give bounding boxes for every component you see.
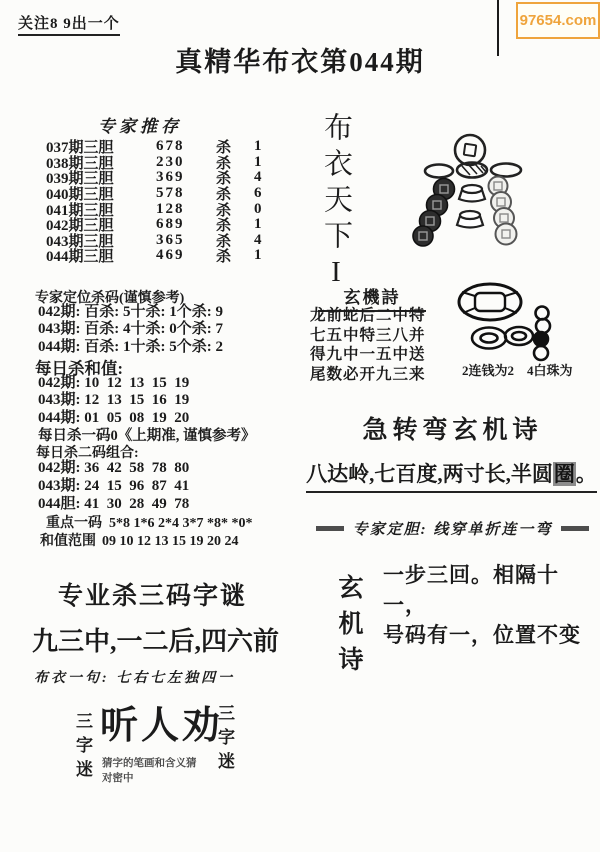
three-char-note-line: 猜字的笔画和含义猜	[102, 756, 197, 771]
row-kill-label: 杀	[216, 245, 254, 266]
row-value: 128	[156, 201, 216, 218]
row-value: 365	[156, 232, 216, 249]
site-watermark-link[interactable]: 97654.com	[516, 2, 600, 39]
row-kill-number: 4	[254, 169, 274, 186]
buyi-tianxia-title: 布衣天下I	[316, 112, 357, 295]
daily-two-row: 043期: 24 15 96 87 41	[38, 477, 189, 495]
row-value: 578	[156, 185, 216, 202]
riddle-text: 八达岭,七百度,两寸长,半圆	[306, 462, 553, 486]
row-value: 689	[156, 216, 216, 233]
three-char-note: 猜字的笔画和含义猜 对密中	[102, 756, 197, 786]
row-kill-number: 1	[254, 154, 274, 171]
kill-position-row: 044期: 百杀: 1十杀: 5个杀: 2	[38, 339, 223, 356]
kill-position-row: 043期: 百杀: 4十杀: 0个杀: 7	[38, 321, 223, 338]
three-char-label-right: 三字迷	[212, 704, 237, 776]
row-value: 369	[156, 169, 216, 186]
three-char-label-left: 三字迷	[70, 712, 95, 784]
mystery-poem-line: 一步三回。相隔十一，	[383, 560, 600, 620]
key-one-code-line: 重点一码5*8 1*6 2*4 3*7 *8* *0*	[46, 512, 253, 532]
xuanji-poem-lines: 龙前蛇后二中特 七五中特三八并 得九中一五中送 尾数必开九三来	[310, 306, 426, 384]
mystery-poem-line: 号码有一，位置不变	[383, 620, 600, 650]
daily-two-row: 044胆: 41 30 28 49 78	[38, 495, 189, 513]
three-char-riddle: 听人劝	[100, 694, 223, 749]
poem-line: 尾数必开九三来	[310, 365, 426, 385]
three-char-note-line: 对密中	[102, 771, 197, 786]
key-one-code-label: 重点一码	[46, 516, 102, 531]
kill-three-riddle: 九三中,一二后,四六前	[28, 621, 283, 658]
poem-line: 龙前蛇后二中特	[310, 306, 426, 326]
buyi-sentence-label: 布衣一句:	[34, 671, 110, 686]
daily-sum-row: 042期: 10 12 13 15 19	[38, 375, 189, 392]
poem-line: 得九中一五中送	[310, 345, 426, 365]
riddle-punctuation: 。	[576, 462, 597, 486]
riddle-highlighted-char: 圈	[553, 462, 576, 486]
row-value: 230	[156, 154, 216, 171]
daily-sum-row: 043期: 12 13 15 16 19	[38, 392, 189, 409]
table-row: 044期三胆 469 杀 1	[46, 248, 274, 264]
kill-three-header: 专业杀三码字谜	[30, 576, 275, 612]
row-kill-number: 4	[254, 232, 274, 249]
sharp-turn-riddle: 八达岭,七百度,两寸长,半圆圈。	[303, 458, 600, 493]
row-kill-number: 1	[254, 138, 274, 155]
kill-position-row: 042期: 百杀: 5十杀: 1个杀: 9	[38, 304, 223, 321]
lottery-tip-sheet: 关注8 9出一个 97654.com 真精华布衣第044期 专家推存 037期三…	[0, 0, 600, 852]
daily-sum-rows: 042期: 10 12 13 15 19 043期: 12 13 15 16 1…	[38, 375, 189, 427]
mystery-poem-text: 一步三回。相隔十一， 号码有一，位置不变	[383, 560, 600, 650]
buyi-sentence: 布衣一句: 七右七左独四一	[34, 667, 235, 687]
row-value: 678	[156, 138, 216, 155]
poem-line: 七五中特三八并	[310, 326, 426, 346]
kill-position-rows: 042期: 百杀: 5十杀: 1个杀: 9 043期: 百杀: 4十杀: 0个杀…	[38, 304, 223, 356]
coin-arrangement-graphic	[392, 126, 572, 281]
mystery-poem-vertical-title: 玄机诗	[330, 574, 366, 682]
dash-decoration	[316, 526, 344, 531]
expert-fixed-dan-line: 专家定胆: 线穿单折连一弯	[305, 518, 600, 539]
row-kill-number: 1	[254, 247, 274, 264]
row-kill-number: 0	[254, 201, 274, 218]
sum-range-line: 和值范围09 10 12 13 15 19 20 24	[40, 530, 239, 550]
key-one-code-value: 5*8 1*6 2*4 3*7 *8* *0*	[109, 516, 253, 531]
page-title: 真精华布衣第044期	[0, 40, 600, 79]
row-kill-number: 6	[254, 185, 274, 202]
sum-range-label: 和值范围	[40, 534, 96, 549]
row-value: 469	[156, 247, 216, 264]
buyi-sentence-value: 七右七左独四一	[116, 671, 235, 686]
sharp-turn-header: 急转弯玄机诗	[305, 410, 600, 446]
row-kill-number: 1	[254, 216, 274, 233]
row-period: 044期三胆	[46, 245, 156, 266]
ring-graphic-caption: 2连钱为2 4白珠为	[462, 360, 573, 379]
ring-and-beads-graphic	[452, 280, 597, 367]
expert-fixed-dan-text: 专家定胆: 线穿单折连一弯	[353, 518, 553, 539]
daily-two-row: 042期: 36 42 58 78 80	[38, 459, 189, 477]
daily-two-rows: 042期: 36 42 58 78 80 043期: 24 15 96 87 4…	[38, 459, 189, 513]
focus-note: 关注8 9出一个	[18, 12, 120, 36]
expert-recommend-header: 专家推存	[55, 112, 225, 137]
expert-recommend-table: 037期三胆 678 杀 1 038期三胆 230 杀 1 039期三胆 369…	[46, 139, 274, 264]
dash-decoration	[561, 526, 589, 531]
sum-range-value: 09 10 12 13 15 19 20 24	[102, 534, 239, 549]
